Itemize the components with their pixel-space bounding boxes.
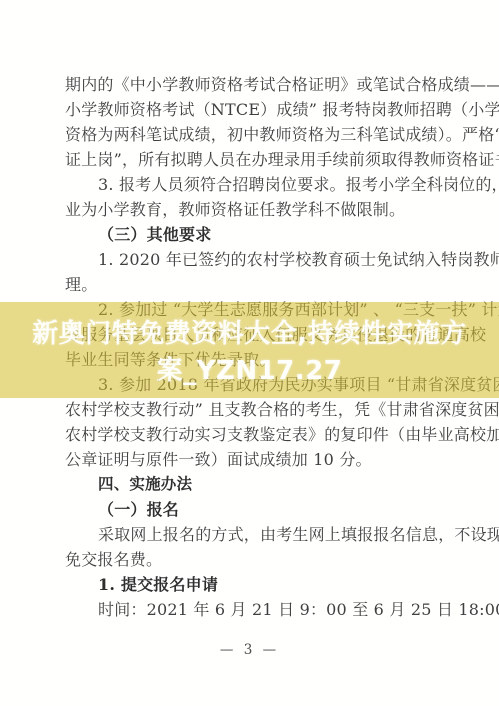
document-line: 小学教师资格考试（NTCE）成绩” 报考特岗教师招聘（小学教师 [65,97,449,122]
document-line: 农村学校支教行动” 且支教合格的考生，凭《甘肃省深度贫困县 [65,397,449,422]
watermark-banner: 新奥门特免费资料大全,持续性实施方 案_YZN17.27 [0,302,499,398]
watermark-text-line1: 新奥门特免费资料大全,持续性实施方 [32,316,466,353]
document-line: 证上岗”，所有拟聘人员在办理录用手续前须取得教师资格证书。 [65,147,449,172]
document-line: 免交报名费。 [65,547,449,572]
document-line: 期内的《中小学教师资格考试合格证明》或笔试合格成绩——“中 [65,72,449,97]
document-line: 公章证明与原件一致）面试成绩加 10 分。 [65,447,449,472]
document-line: 农村学校支教行动实习支教鉴定表》的复印件（由毕业高校加盖 [65,422,449,447]
document-line: 1. 提交报名申请 [65,572,449,597]
document-line: 业为小学教育，教师资格证任教学科不做限制。 [65,197,449,222]
document-page: 期内的《中小学教师资格考试合格证明》或笔试合格成绩——“中小学教师资格考试（NT… [0,0,499,706]
page-number: — 3 — [0,642,499,658]
document-line: 四、实施办法 [65,472,449,497]
document-line: 理。 [65,272,449,297]
document-line: （一）报名 [65,497,449,522]
document-line: 采取网上报名的方式，由考生网上填报报名信息，不设现场， [65,522,449,547]
document-line: 3. 报考人员须符合招聘岗位要求。报考小学全科岗位的，专 [65,172,449,197]
document-line: 时间：2021 年 6 月 21 日 9：00 至 6 月 25 日 18:00 [65,597,449,622]
document-line: 1. 2020 年已签约的农村学校教育硕士免试纳入特岗教师管 [65,247,449,272]
watermark-text-line2: 案_YZN17.27 [157,353,343,390]
document-line: （三）其他要求 [65,222,449,247]
document-line: 资格为两科笔试成绩，初中教师资格为三科笔试成绩）。严格“持 [65,122,449,147]
